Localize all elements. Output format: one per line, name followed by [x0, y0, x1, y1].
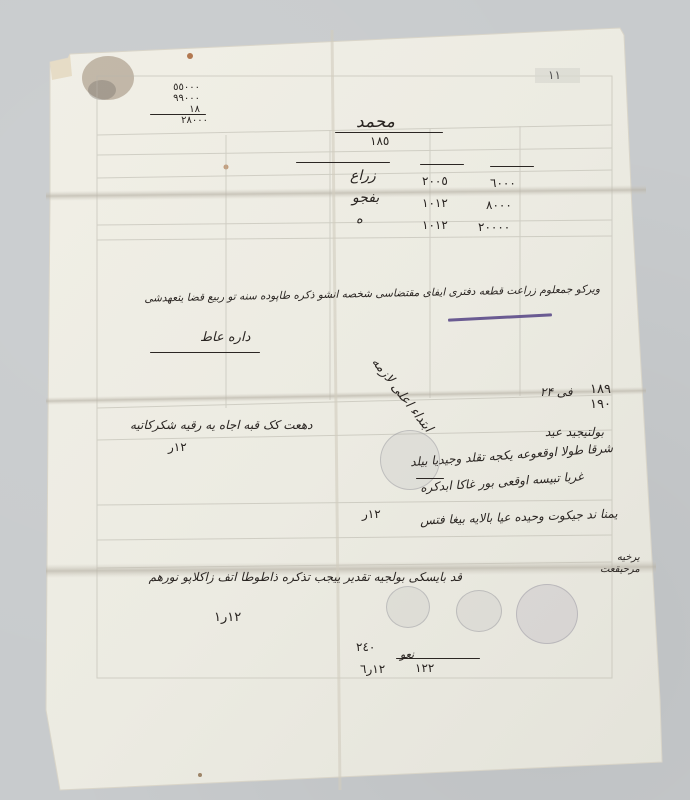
ledger-line — [296, 162, 390, 163]
date-line: ١٩٠ — [590, 397, 611, 412]
bottom-amount-top: ٢٤٠ — [356, 640, 375, 654]
ledger-col2: ٢٠٠٠٠ — [478, 220, 510, 234]
middle-left-sub: ١٢ر — [168, 440, 187, 454]
revenue-stamp — [516, 584, 578, 644]
ledger-label: بفجو — [352, 190, 379, 206]
ledger-label: زراع — [350, 168, 376, 184]
left-note: داره عاط — [200, 330, 250, 345]
right-margin-note: یرخیه مرحیقعت — [600, 552, 640, 576]
ledger-col1: ٢٠٠٥ — [422, 174, 448, 188]
margin-line: یرخیه — [600, 552, 640, 564]
header-name: محمد — [356, 112, 395, 132]
ledger-col2: ٨٠٠٠ — [486, 198, 512, 212]
date-line: ١٨٩ — [590, 382, 611, 397]
sum-line: ٥٥٠٠٠ — [140, 82, 200, 93]
right-block-line: بولتیجید عید — [545, 425, 604, 439]
bottom-left-sub: ١٢ر١ — [214, 610, 241, 625]
right-date-word: فی ۲۴ — [540, 385, 572, 399]
bottom-date: ١٢ر٦ — [360, 662, 385, 676]
header-number: ١٨٥ — [370, 134, 389, 148]
bottom-underline — [396, 658, 480, 659]
ledger-col1: ١٠١٢ — [422, 218, 448, 232]
ledger-line — [490, 166, 534, 167]
sum-total: ٢٨٠٠٠ — [150, 115, 208, 126]
stamp-circle — [386, 586, 430, 628]
ledger-line — [420, 164, 464, 165]
ledger-col1: ١٠١٢ — [422, 196, 448, 210]
short-dash — [416, 478, 444, 479]
top-left-sum: ٥٥٠٠٠ ٩٩٠٠٠ ١٨ — [140, 82, 200, 115]
bottom-label: نعو — [400, 648, 414, 661]
document-paper — [0, 0, 690, 800]
middle-right-sub: ١٢ر — [362, 507, 381, 521]
bottom-amount: ١٢٢ — [415, 661, 434, 675]
ledger-label: ه — [356, 212, 363, 227]
bottom-sentence: قد بایسکی بولجیه تقدیر ییجب تذکره ذاطوطا… — [102, 570, 462, 584]
stamp-circle — [456, 590, 502, 632]
middle-left-note: دهعت کک قبه اجاه یه رقیه شکرکاتیه — [130, 418, 313, 432]
right-dates: ١٨٩ ١٩٠ — [590, 382, 611, 412]
margin-line: مرحیقعت — [600, 564, 640, 576]
header-underline — [335, 132, 443, 133]
top-right-mark: ١١ — [548, 68, 561, 82]
sum-line: ٩٩٠٠٠ — [140, 93, 200, 104]
left-note-underline — [150, 352, 260, 353]
ledger-col2: ٦٠٠٠ — [490, 176, 516, 190]
